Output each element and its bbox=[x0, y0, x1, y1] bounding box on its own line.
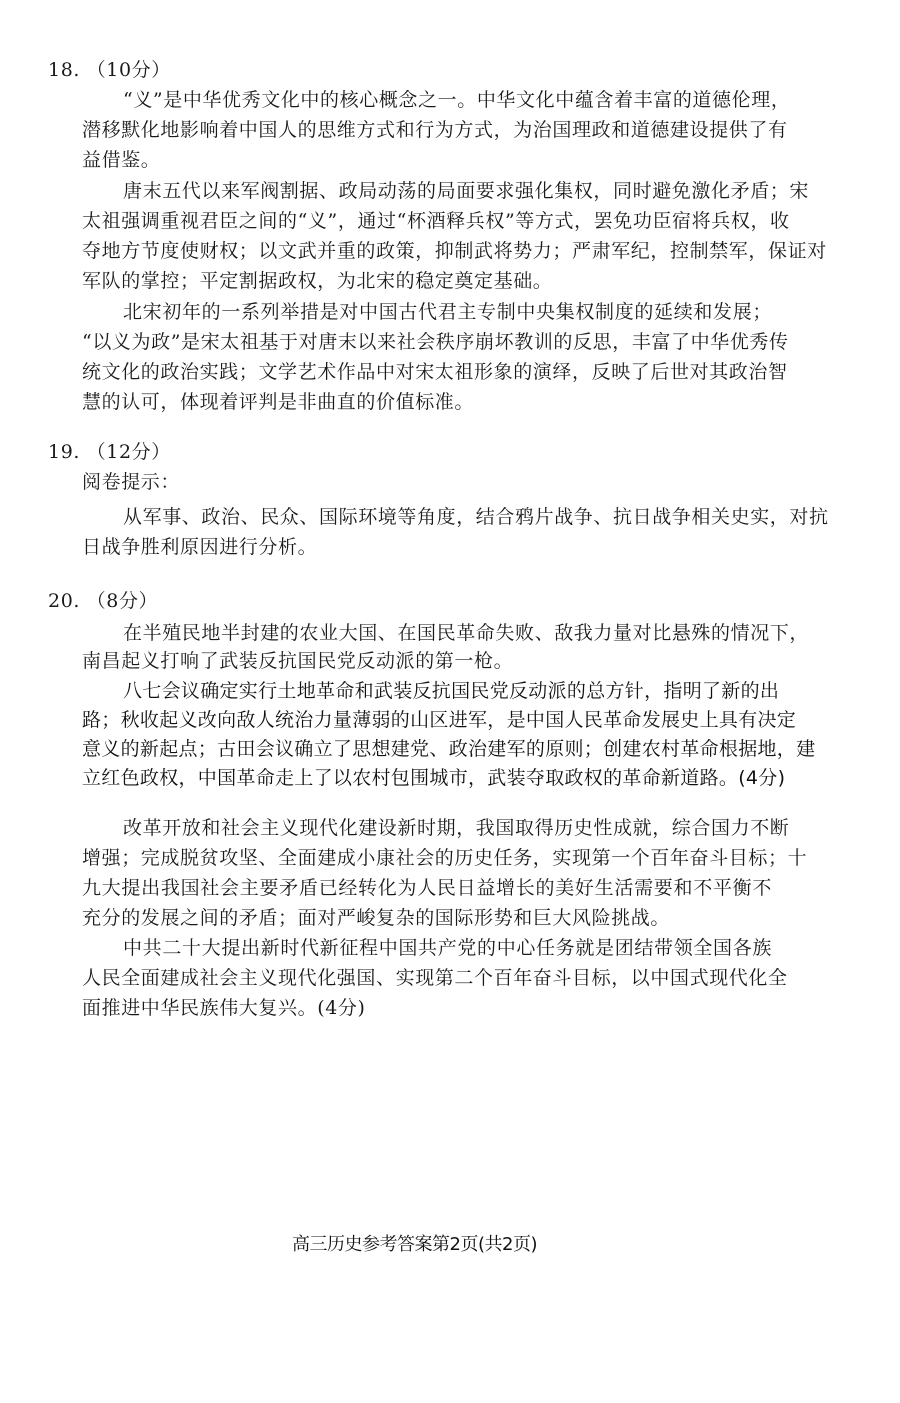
q18-p3-line4: 慧的认可，体现着评判是非曲直的价值标准。 bbox=[82, 387, 474, 417]
answer-key-page: 18. （10分） “义”是中华优秀文化中的核心概念之一。中华文化中蕴含着丰富的… bbox=[0, 0, 900, 1403]
q20-p3-line2: 增强；完成脱贫攻坚、全面建成小康社会的历史任务，实现第一个百年奋斗目标；十 bbox=[82, 843, 772, 873]
q20-p2-line2: 路；秋收起义改向敌人统治力量薄弱的山区进军，是中国人民革命发展史上具有决定 bbox=[82, 705, 772, 735]
q20-p4-line3: 面推进中华民族伟大复兴。(4分) bbox=[82, 993, 366, 1023]
q20-p2-line1: 八七会议确定实行土地革命和武装反抗国民党反动派的总方针，指明了新的出 bbox=[123, 676, 772, 706]
q19-header: 19. （12分） bbox=[48, 437, 171, 467]
q19-p1-line2: 日战争胜利原因进行分析。 bbox=[82, 532, 317, 562]
q20-p4-line2: 人民全面建成社会主义现代化强国、实现第二个百年奋斗目标，以中国式现代化全 bbox=[82, 963, 772, 993]
q20-p2-line3: 意义的新起点；古田会议确立了思想建党、政治建军的原则；创建农村革命根据地，建 bbox=[82, 734, 772, 764]
q20-p1-line2: 南昌起义打响了武装反抗国民党反动派的第一枪。 bbox=[82, 646, 513, 676]
q20-p2-line4: 立红色政权，中国革命走上了以农村包围城市，武装夺取政权的革命新道路。(4分) bbox=[82, 763, 785, 793]
q18-header: 18. （10分） bbox=[48, 55, 171, 85]
q20-header: 20. （8分） bbox=[48, 586, 158, 616]
q18-p2-line4: 军队的掌控；平定割据政权，为北宋的稳定奠定基础。 bbox=[82, 266, 552, 296]
page-footer: 高三历史参考答案第2页(共2页) bbox=[282, 1230, 547, 1260]
q18-p3-line2: “以义为政”是宋太祖基于对唐末以来社会秩序崩坏教训的反思，丰富了中华优秀传 bbox=[82, 327, 772, 357]
q19-p1-line1: 从军事、政治、民众、国际环境等角度，结合鸦片战争、抗日战争相关史实，对抗 bbox=[123, 502, 772, 532]
q20-p4-line1: 中共二十大提出新时代新征程中国共产党的中心任务就是团结带领全国各族 bbox=[123, 933, 772, 963]
q18-p2-line1: 唐末五代以来军阀割据、政局动荡的局面要求强化集权，同时避免激化矛盾；宋 bbox=[123, 176, 772, 206]
q18-p3-line3: 统文化的政治实践；文学艺术作品中对宋太祖形象的演绎，反映了后世对其政治智 bbox=[82, 357, 772, 387]
q20-p1-line1: 在半殖民地半封建的农业大国、在国民革命失败、敌我力量对比悬殊的情况下， bbox=[123, 618, 772, 648]
q19-hint-label: 阅卷提示： bbox=[82, 467, 180, 497]
q20-p3-line1: 改革开放和社会主义现代化建设新时期，我国取得历史性成就，综合国力不断 bbox=[123, 813, 772, 843]
q18-p2-line2: 太祖强调重视君臣之间的“义”，通过“杯酒释兵权”等方式，罢免功臣宿将兵权，收 bbox=[82, 206, 772, 236]
q18-p3-line1: 北宋初年的一系列举措是对中国古代君主专制中央集权制度的延续和发展； bbox=[123, 297, 772, 327]
q20-p3-line4: 充分的发展之间的矛盾；面对严峻复杂的国际形势和巨大风险挑战。 bbox=[82, 903, 670, 933]
q18-p2-line3: 夺地方节度使财权；以文武并重的政策，抑制武将势力；严肃军纪，控制禁军，保证对 bbox=[82, 236, 772, 266]
q20-p3-line3: 九大提出我国社会主要矛盾已经转化为人民日益增长的美好生活需要和不平衡不 bbox=[82, 873, 772, 903]
q18-p1-line3: 益借鉴。 bbox=[82, 145, 160, 175]
q18-p1-line2: 潜移默化地影响着中国人的思维方式和行为方式，为治国理政和道德建设提供了有 bbox=[82, 115, 772, 145]
q18-p1-line1: “义”是中华优秀文化中的核心概念之一。中华文化中蕴含着丰富的道德伦理， bbox=[123, 85, 772, 115]
